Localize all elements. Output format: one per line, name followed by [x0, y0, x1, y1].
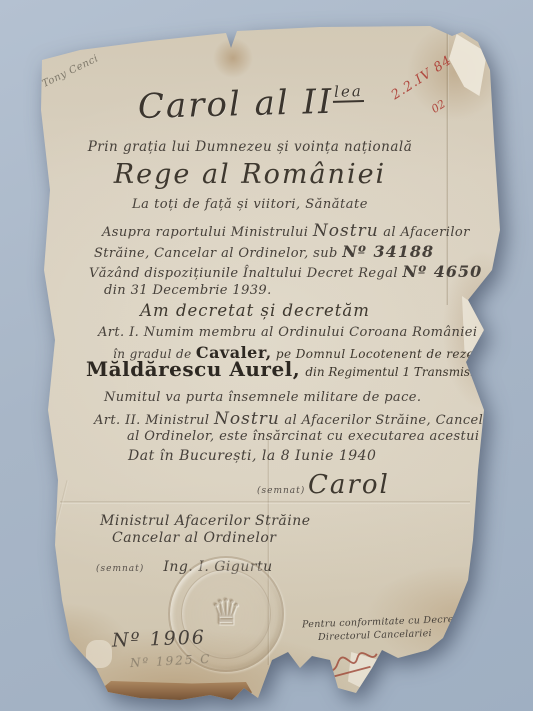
- report-line-4: din 31 Decembrie 1939.: [104, 283, 272, 298]
- faded-stamp-number: Nº 1925 C: [130, 652, 212, 670]
- red-initials-signature: [310, 643, 384, 686]
- paper-shadow-wrap: Tony Cenci 2.2.IV 84 02 Carol al IIlea P…: [0, 0, 533, 711]
- decree-title-name: Carol al II: [137, 82, 333, 127]
- report-line-3-number: Nº 4650: [403, 262, 483, 281]
- red-catalog-bottom: 02: [429, 82, 472, 116]
- decree-heading: Am decretat și decretăm: [80, 301, 430, 320]
- photo-backdrop: Tony Cenci 2.2.IV 84 02 Carol al IIlea P…: [0, 0, 533, 711]
- report-line-1: Asupra raportului Ministrului Nostru al …: [102, 221, 470, 241]
- article-2-post: al Afacerilor Străine, Cancelar: [284, 413, 498, 428]
- torn-edge-bottom-left: [86, 640, 112, 668]
- article-2-label: Art. II.: [94, 413, 141, 428]
- report-line-1-post: al Afacerilor: [383, 225, 470, 240]
- report-line-2: Străine, Cancelar al Ordinelor, sub Nº 3…: [94, 242, 434, 261]
- registry-number: Nº 1906: [112, 626, 207, 651]
- report-line-3: Văzând dispozițiunile Înaltului Decret R…: [89, 262, 482, 281]
- report-line-1-pre: Asupra raportului Ministrului: [102, 225, 308, 240]
- fold-crease-lowerleft: [25, 480, 68, 645]
- report-line-1-emph: Nostru: [313, 221, 379, 241]
- conformity-line-2: Directorul Cancelariei: [318, 628, 432, 643]
- royal-signature: Carol: [308, 470, 390, 500]
- torn-edge-backing: [102, 681, 252, 702]
- article-1-line-1: Art. I. Numim membru al Ordinului Coroan…: [98, 325, 495, 340]
- salutation-line: La toți de față și viitori, Sănătate: [80, 197, 420, 212]
- decree-title-ordinal: lea: [333, 82, 364, 103]
- article-2-emph: Nostru: [214, 409, 280, 429]
- minister-title-2: Cancelar al Ordinelor: [112, 530, 276, 546]
- article-2-line-1: Art. II. Ministrul Nostru al Afacerilor …: [94, 409, 498, 429]
- article-1-line-3: Măldărescu Aurel, din Regimentul 1 Trans…: [86, 357, 513, 381]
- article-2-line-2: al Ordinelor, este însărcinat cu executa…: [127, 429, 533, 444]
- minister-title-1: Ministrul Afacerilor Străine: [100, 513, 311, 529]
- date-line: Dat în București, la 8 Iunie 1940: [128, 448, 376, 464]
- report-line-3-pre: Văzând dispozițiunile Înaltului Decret R…: [89, 266, 398, 281]
- decree-title: Carol al IIlea: [86, 80, 417, 129]
- king-line: Rege al României: [80, 159, 420, 190]
- recipient-name: Măldărescu Aurel,: [86, 357, 300, 381]
- fold-crease-horizontal: [60, 501, 470, 504]
- article-1-label: Art. I.: [98, 325, 139, 340]
- article-1-text: Numim membru al Ordinului Coroana Români…: [144, 325, 496, 340]
- pencil-note: Tony Cenci: [41, 53, 101, 90]
- insignia-line: Numitul va purta însemnele militare de p…: [104, 390, 421, 405]
- decree-paper: Tony Cenci 2.2.IV 84 02 Carol al IIlea P…: [0, 0, 533, 711]
- signed-label-minister: (semnat): [96, 564, 144, 574]
- report-line-2-pre: Străine, Cancelar al Ordinelor, sub: [94, 246, 338, 261]
- signed-label-royal: (semnat): [257, 486, 305, 496]
- grace-line: Prin grația lui Dumnezeu și voința națio…: [80, 139, 420, 155]
- article-2-pre: Ministrul: [145, 413, 209, 428]
- report-line-2-number: Nº 34188: [342, 242, 434, 261]
- conformity-line-1: Pentru conformitate cu Decretul orig.: [302, 613, 495, 631]
- recipient-regiment: din Regimentul 1 Transmisiuni. —: [305, 365, 513, 379]
